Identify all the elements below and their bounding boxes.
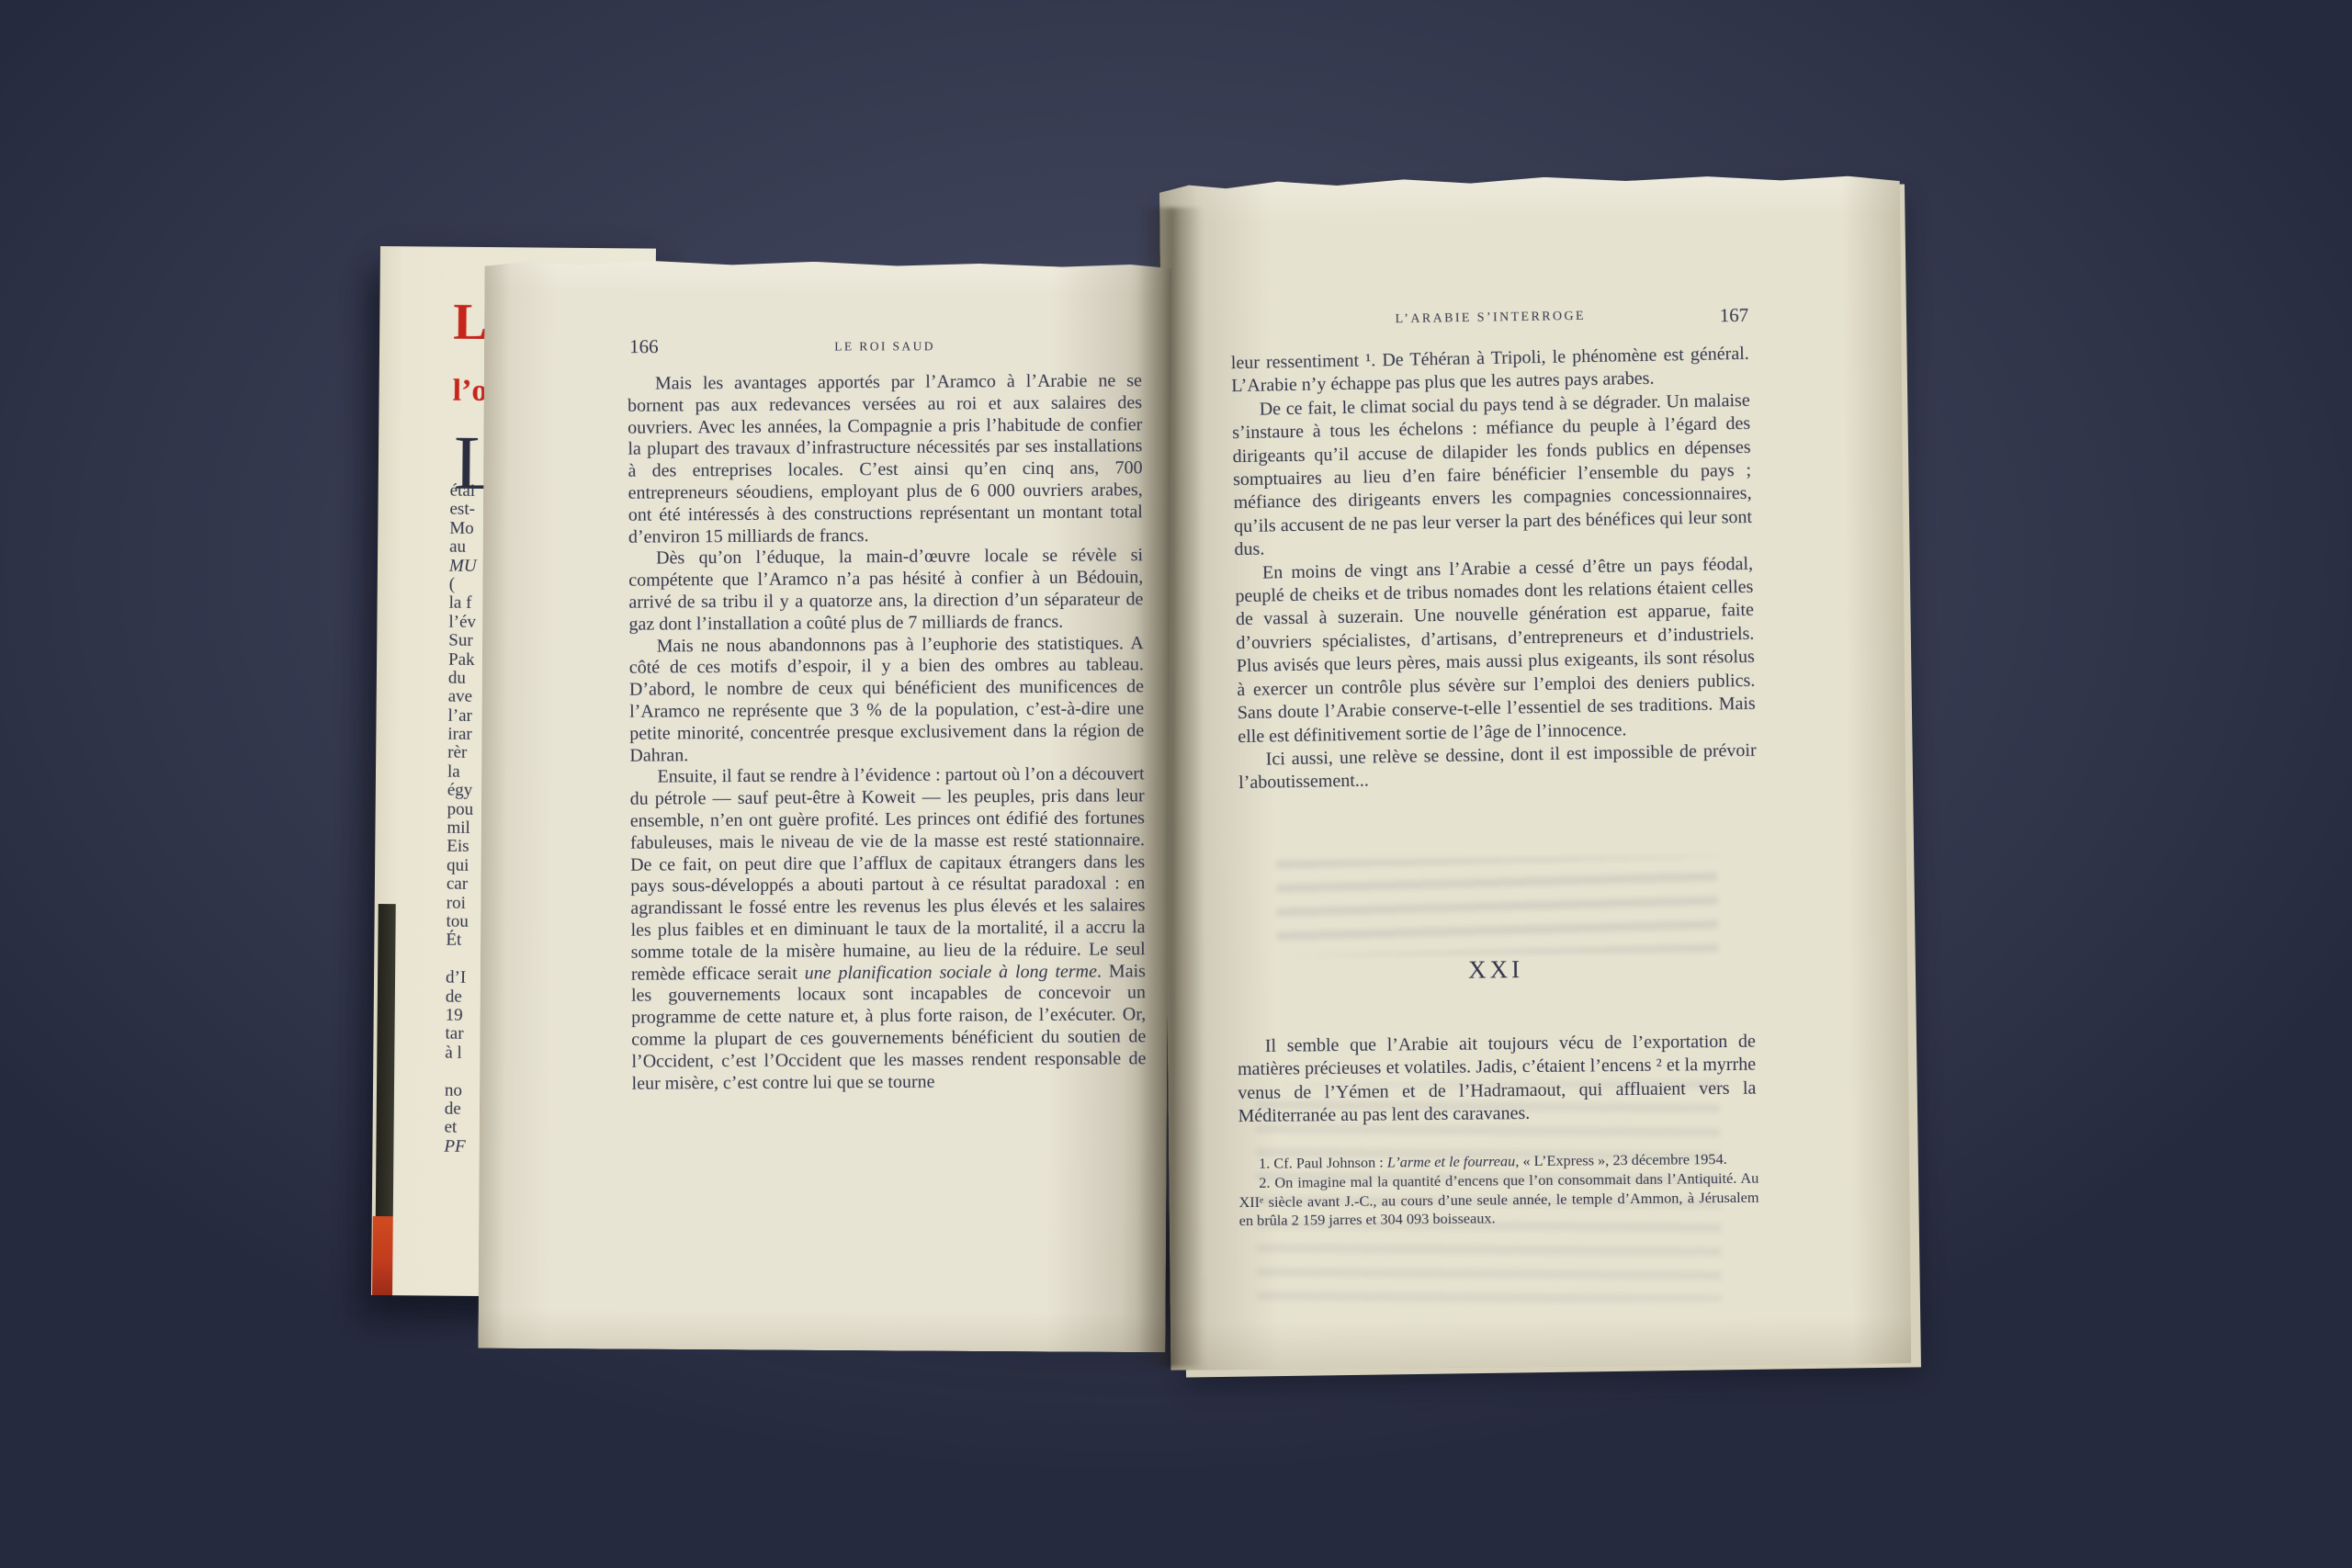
- right-page-header: L’ARABIE S’INTERROGE 167: [1232, 307, 1748, 330]
- chapter-opening-text: Il semble que l’Arabie ait toujours vécu…: [1238, 1031, 1757, 1129]
- paragraph: Mais ne nous abandonnons pas à l’euphori…: [629, 633, 1145, 767]
- paragraph-text: Ensuite, il faut se rendre à l’évidence …: [630, 764, 1146, 985]
- running-title-left: LE ROI SAUD: [629, 334, 1140, 355]
- paragraph: Mais les avantages apportés par l’Aramco…: [628, 370, 1143, 548]
- photo-background: L l’o L étaiest-MoauMU(la fl’évSurPakdua…: [0, 0, 2352, 1568]
- left-page-text: Mais les avantages apportés par l’Aramco…: [628, 370, 1147, 1095]
- paragraph: En moins de vingt ans l’Arabie a cessé d…: [1235, 552, 1757, 749]
- footnote-text: , « L’Express », 23 décembre 1954.: [1515, 1150, 1727, 1169]
- paragraph: Ici aussi, une relève se dessine, dont i…: [1238, 739, 1758, 795]
- paragraph: Ensuite, il faut se rendre à l’évidence …: [629, 764, 1146, 1095]
- jacket-title-letter: L: [453, 297, 488, 348]
- page-number-right: 167: [1720, 304, 1749, 328]
- footnote-italic-title: L’arme et le fourreau: [1387, 1152, 1516, 1170]
- right-page-text: leur ressentiment ¹. De Téhéran à Tripol…: [1231, 343, 1758, 795]
- italic-phrase: une planification sociale à long terme: [805, 961, 1097, 983]
- paragraph: De ce fait, le climat social du pays ten…: [1232, 389, 1753, 562]
- paragraph: Dès qu’on l’éduque, la main-d’œuvre loca…: [628, 546, 1144, 637]
- paragraph: Il semble que l’Arabie ait toujours vécu…: [1238, 1031, 1757, 1129]
- page-number-left: 166: [629, 335, 659, 358]
- running-title-right: L’ARABIE S’INTERROGE: [1232, 307, 1748, 330]
- jacket-subtitle-fragment: l’o: [452, 376, 487, 407]
- left-page-header: 166 LE ROI SAUD: [629, 334, 1140, 355]
- book-page-left: 166 LE ROI SAUD Mais les avantages appor…: [478, 259, 1171, 1353]
- book-page-right: L’ARABIE S’INTERROGE 167 leur ressentime…: [1159, 173, 1911, 1371]
- jacket-spine-red-strip: [372, 1216, 393, 1295]
- chapter-heading: XXI: [1237, 953, 1755, 987]
- ink-bleedthrough: [1276, 856, 1718, 956]
- jacket-spine-dark-strip: [376, 904, 396, 1218]
- footnotes: 1. Cf. Paul Johnson : L’arme et le fourr…: [1238, 1150, 1759, 1232]
- footnote-text: 1. Cf. Paul Johnson :: [1259, 1154, 1387, 1172]
- footnote-2: 2. On imagine mal la quantité d’encens q…: [1238, 1168, 1759, 1231]
